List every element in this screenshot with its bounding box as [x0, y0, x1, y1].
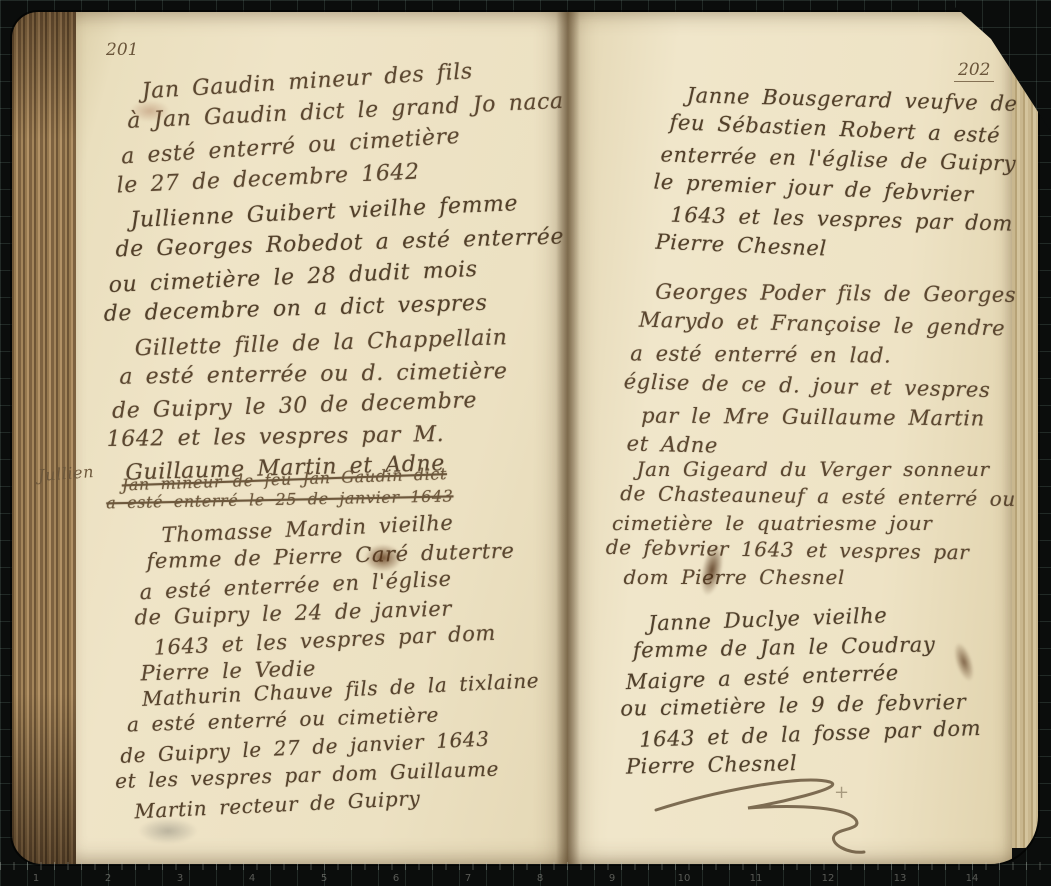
register-book: 201 202 Jan Gaudin mineur des fils à Jan…	[12, 12, 1038, 864]
manuscript-line: dom Pierre Chesnel	[624, 564, 1016, 591]
paraph-flourish	[652, 764, 952, 859]
ruler-number: 11	[720, 873, 792, 884]
ruler-number: 4	[216, 873, 288, 884]
page-edges-stack	[12, 12, 76, 864]
burial-entry: Jullienne Guibert vieilhe femme de Georg…	[106, 188, 567, 332]
burial-entry: Janne Bousgerard veufve de feu Sébastien…	[657, 78, 1019, 270]
manuscript-line: de febvrier 1643 et vespres par	[606, 534, 1016, 567]
ruler-number: 6	[360, 873, 432, 884]
ruler-numbers: 1234567891011121314	[0, 873, 1051, 884]
cross-mark: +	[834, 782, 849, 803]
burial-entry: Jan Gigeard du Verger sonneur de Chastea…	[611, 454, 1016, 593]
burial-entry: Janne Duclye vieilhe femme de Jan le Cou…	[624, 599, 983, 782]
ruler-number: 10	[648, 873, 720, 884]
burial-entry: Georges Poder fils de Georges Marydo et …	[628, 275, 1016, 468]
manuscript-line: cimetière le quatriesme jour	[612, 510, 1016, 537]
ink-blot	[364, 544, 402, 572]
burial-entry: Thomasse Mardin vieilhe femme de Pierre …	[137, 507, 519, 688]
ruler-number: 12	[792, 873, 864, 884]
burial-entry: Mathurin Chauve fils de la tixlaine a es…	[117, 668, 544, 824]
pencil-smudge	[138, 818, 198, 844]
ruler-number: 3	[144, 873, 216, 884]
ink-stain	[130, 100, 170, 122]
ruler-number: 1	[0, 873, 72, 884]
measuring-grid-ruler: 1234567891011121314	[0, 856, 1051, 886]
manuscript-line: Jan Gigeard du Verger sonneur	[636, 456, 1016, 483]
manuscript-line: de Chasteauneuf a esté enterré ou	[620, 480, 1016, 513]
burial-entry: Jan Gaudin mineur des fils à Jan Gaudin …	[117, 52, 568, 203]
burial-entry: Gillette fille de la Chappellain a esté …	[110, 324, 510, 487]
ruler-number: 9	[576, 873, 648, 884]
page-number-left: 201	[106, 40, 138, 60]
ruler-number: 7	[432, 873, 504, 884]
ruler-number: 8	[504, 873, 576, 884]
ruler-number: 2	[72, 873, 144, 884]
margin-note: Jullien	[37, 462, 94, 485]
manuscript-photo: 201 202 Jan Gaudin mineur des fils à Jan…	[0, 0, 1051, 886]
ruler-number: 13	[864, 873, 936, 884]
struck-entry-lines: Jan mineur de feu Jan Gaudin dict a esté…	[98, 465, 454, 514]
ruler-number: 14	[936, 873, 1008, 884]
ruler-ticks	[0, 862, 1051, 870]
ruler-number: 5	[288, 873, 360, 884]
page-number-right: 202	[954, 60, 994, 82]
